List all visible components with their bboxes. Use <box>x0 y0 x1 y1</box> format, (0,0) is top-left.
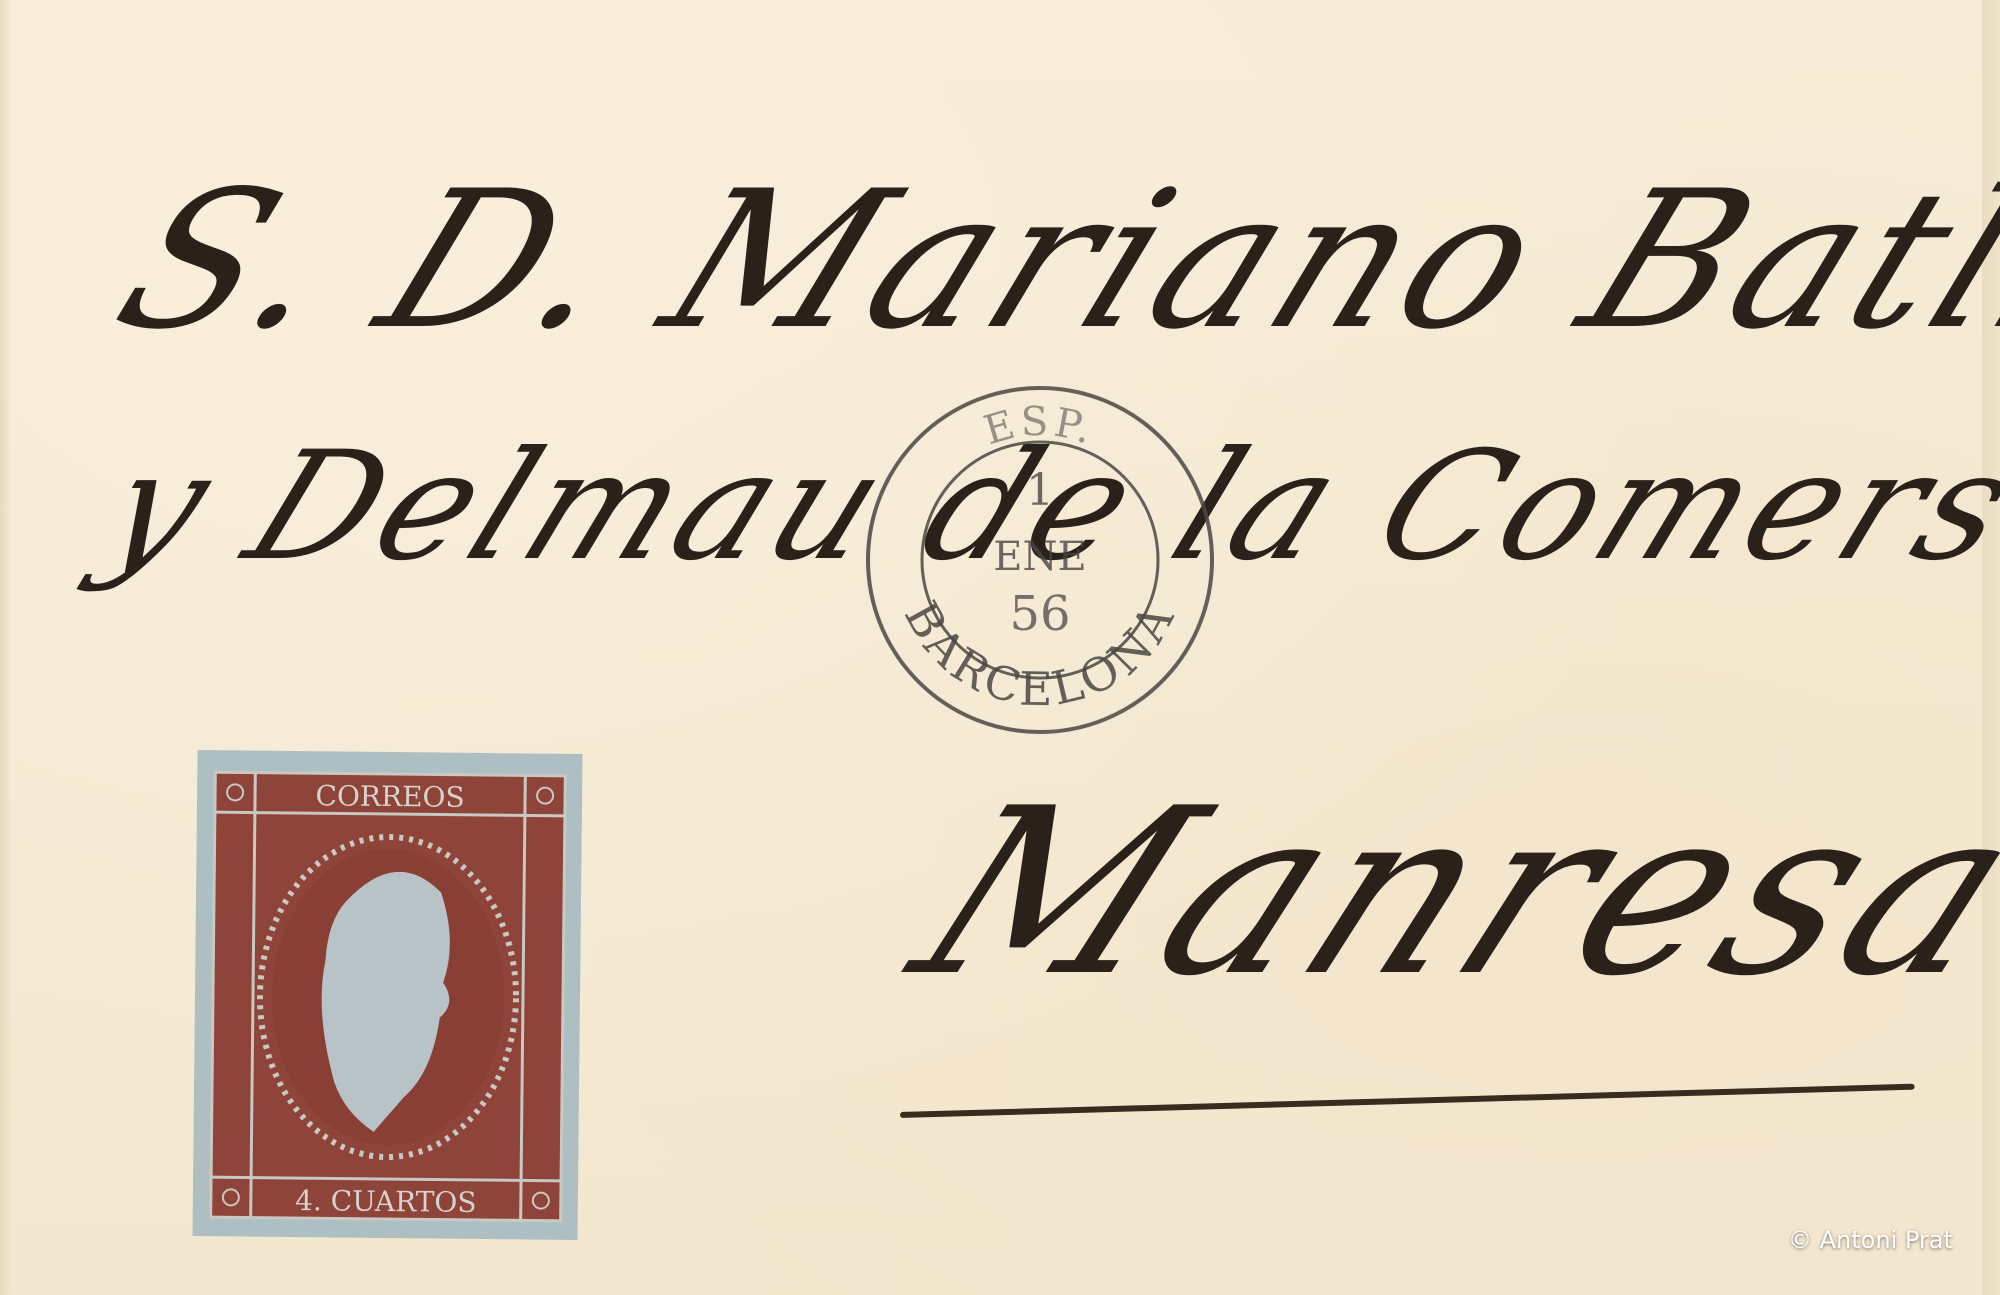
copyright-watermark: © Antoni Prat <box>1788 1226 1953 1254</box>
postmark-year: 56 <box>1009 586 1070 642</box>
postmark-month: ENE <box>993 534 1086 580</box>
stamp-design: CORREOS 4. CUARTOS <box>192 750 582 1240</box>
postage-stamp: CORREOS 4. CUARTOS <box>192 750 582 1240</box>
envelope-left-edge <box>0 0 12 1295</box>
postmark-top-text: ESP. <box>979 399 1103 455</box>
barcelona-postmark: BARCELONA ESP. 1 ENE 56 <box>855 375 1225 745</box>
svg-text:ESP.: ESP. <box>979 399 1103 455</box>
address-city: Manresa <box>880 760 2000 1027</box>
stamp-top-label: CORREOS <box>315 779 464 814</box>
address-line-1: S. D. Mariano Batlles, <box>90 150 2000 371</box>
postmark-day: 1 <box>1026 465 1054 516</box>
stamp-bottom-label: 4. CUARTOS <box>295 1184 477 1219</box>
